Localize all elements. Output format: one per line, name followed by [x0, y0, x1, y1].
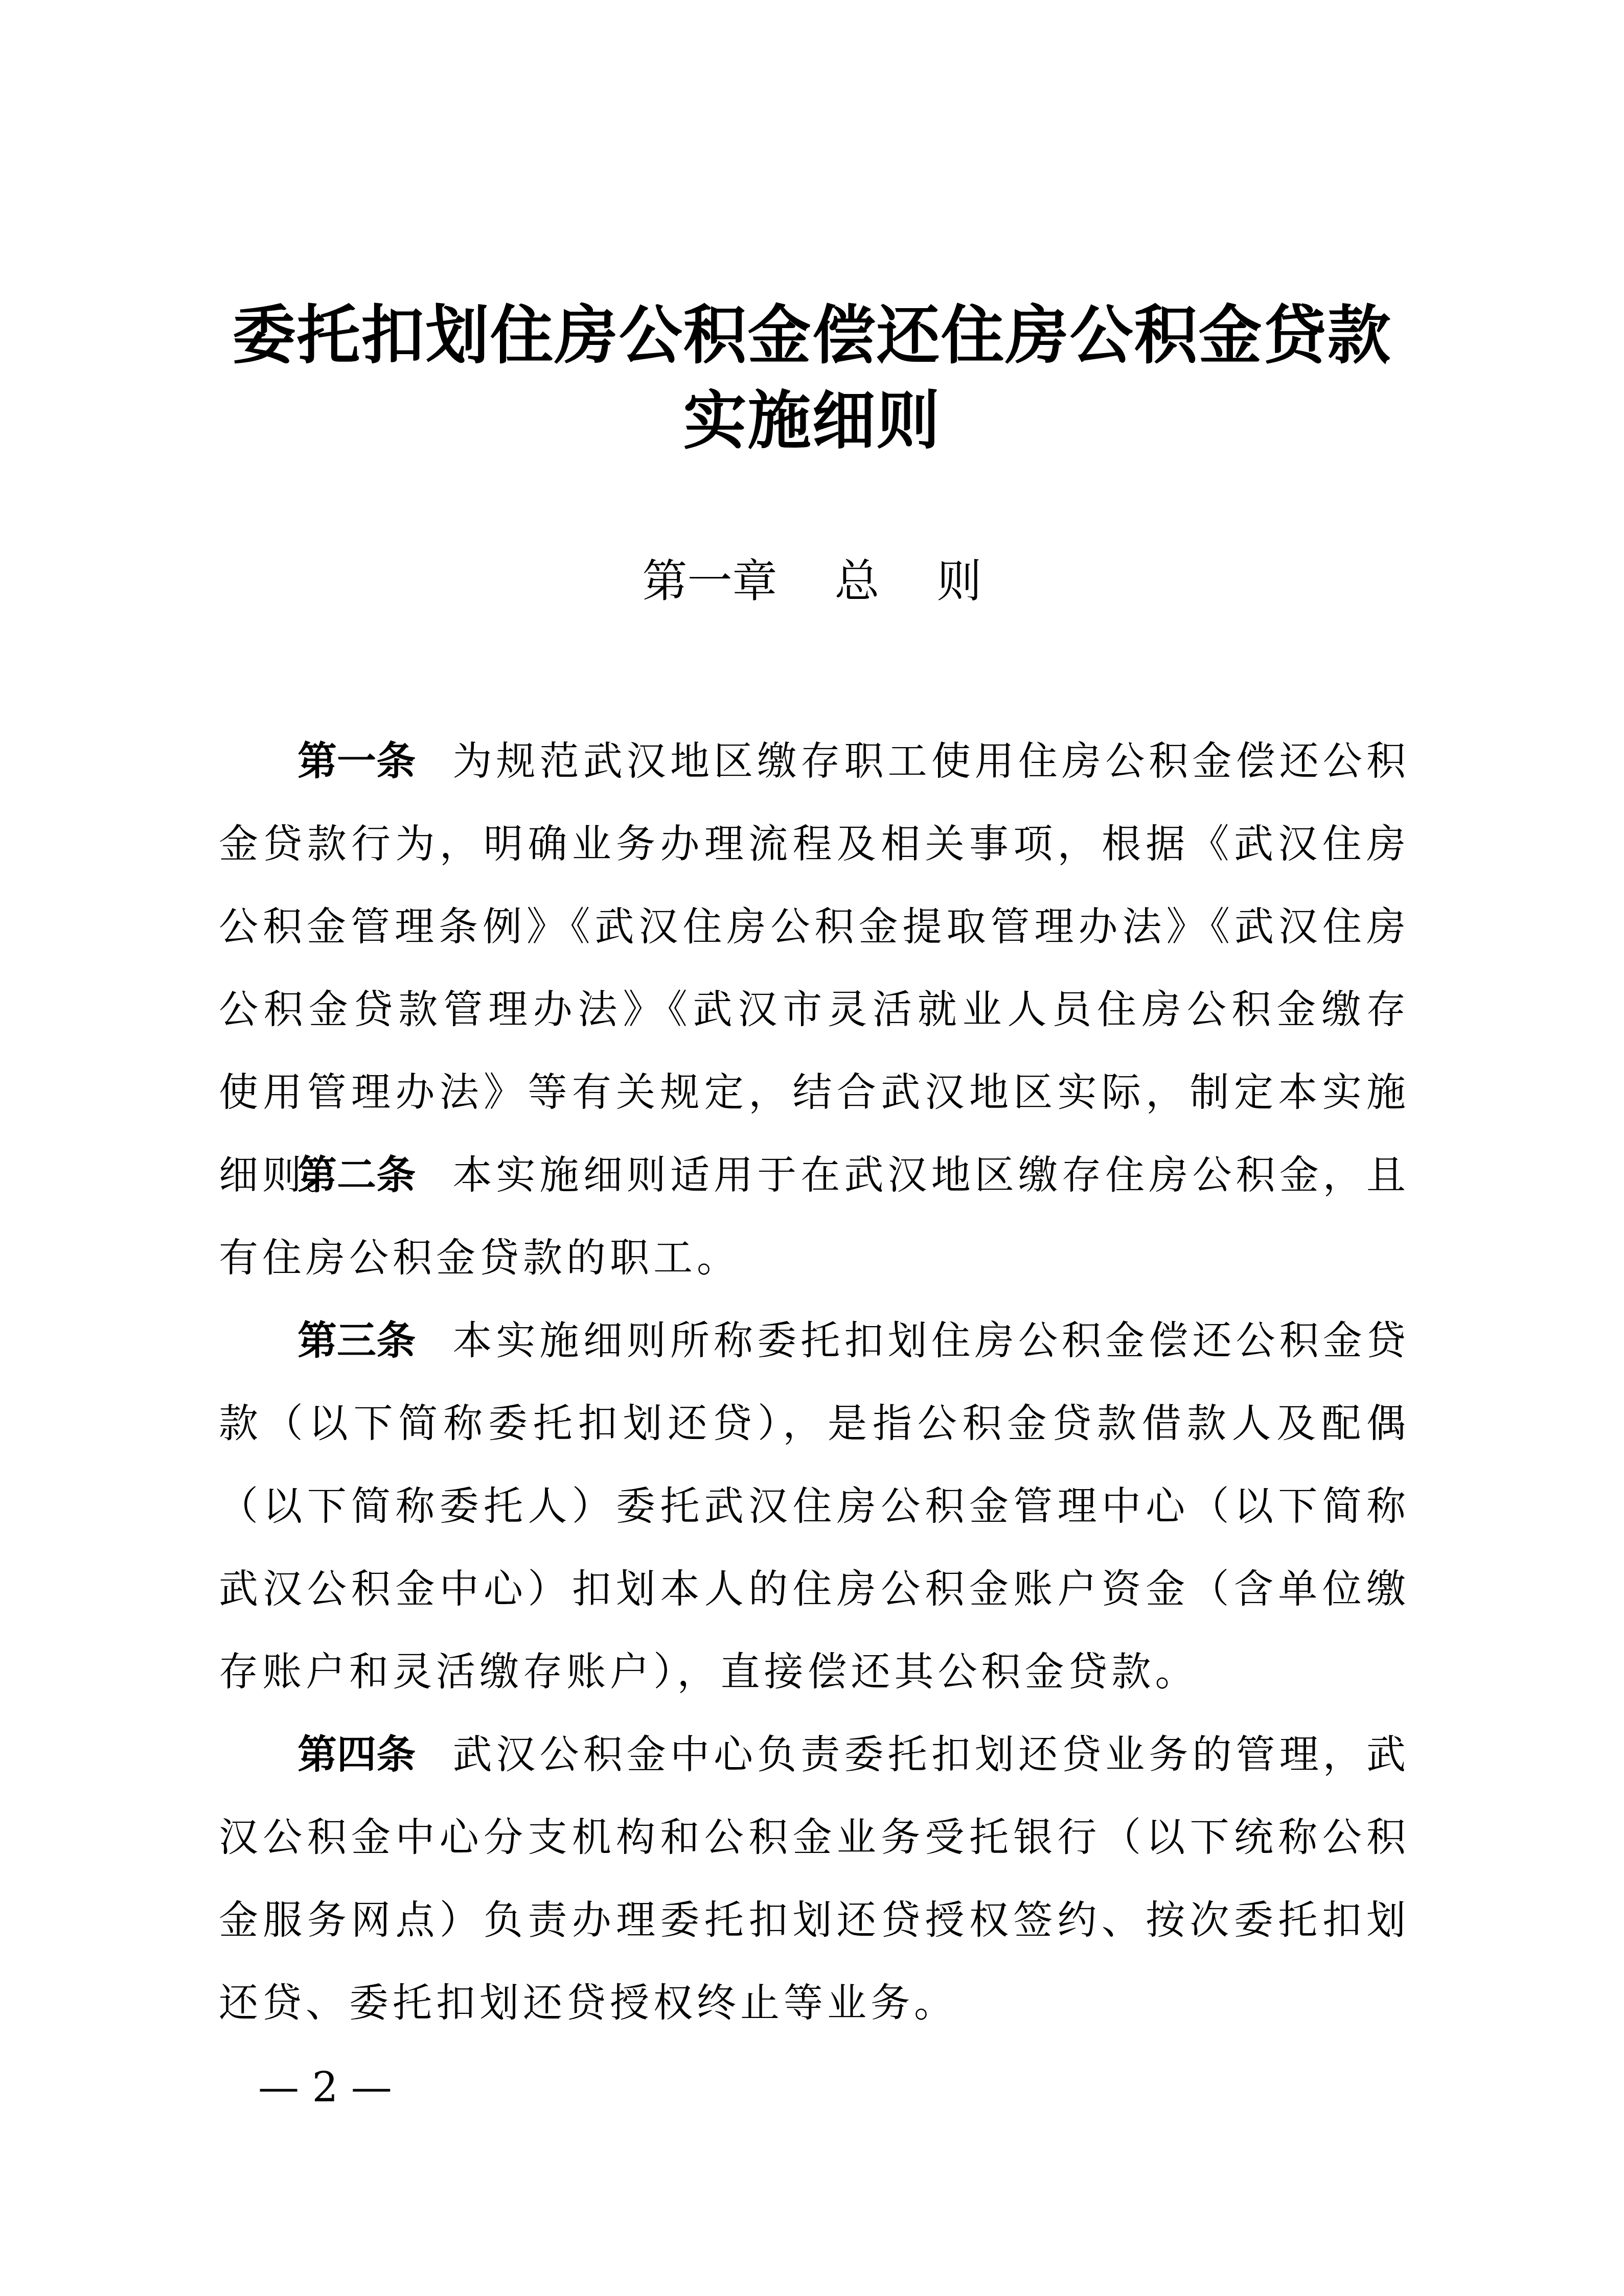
article-label: 第四条	[298, 1732, 416, 1778]
article-2: 第二条本实施细则适用于在武汉地区缴存住房公积金，且有住房公积金贷款的职工。	[219, 1134, 1410, 1300]
article-label: 第二条	[298, 1153, 416, 1198]
article-text: 为规范武汉地区缴存职工使用住房公积金偿还公积金贷款行为，明确业务办理流程及相关事…	[219, 739, 1410, 1198]
page-number: — 2 —	[258, 2067, 392, 2108]
chapter-heading: 第一章 总 则	[0, 559, 1624, 604]
document-title-line-1: 委托扣划住房公积金偿还住房公积金贷款	[0, 304, 1624, 367]
article-4: 第四条武汉公积金中心负责委托扣划还贷业务的管理，武汉公积金中心分支机构和公积金业…	[219, 1714, 1410, 2045]
document-title-line-2: 实施细则	[0, 389, 1624, 453]
article-3: 第三条本实施细则所称委托扣划住房公积金偿还公积金贷款（以下简称委托扣划还贷），是…	[219, 1300, 1410, 1714]
article-text: 本实施细则所称委托扣划住房公积金偿还公积金贷款（以下简称委托扣划还贷），是指公积…	[219, 1318, 1410, 1695]
article-label: 第一条	[298, 739, 416, 784]
document-page: 委托扣划住房公积金偿还住房公积金贷款 实施细则 第一章 总 则 第一条为规范武汉…	[0, 0, 1624, 2296]
article-label: 第三条	[298, 1318, 416, 1364]
